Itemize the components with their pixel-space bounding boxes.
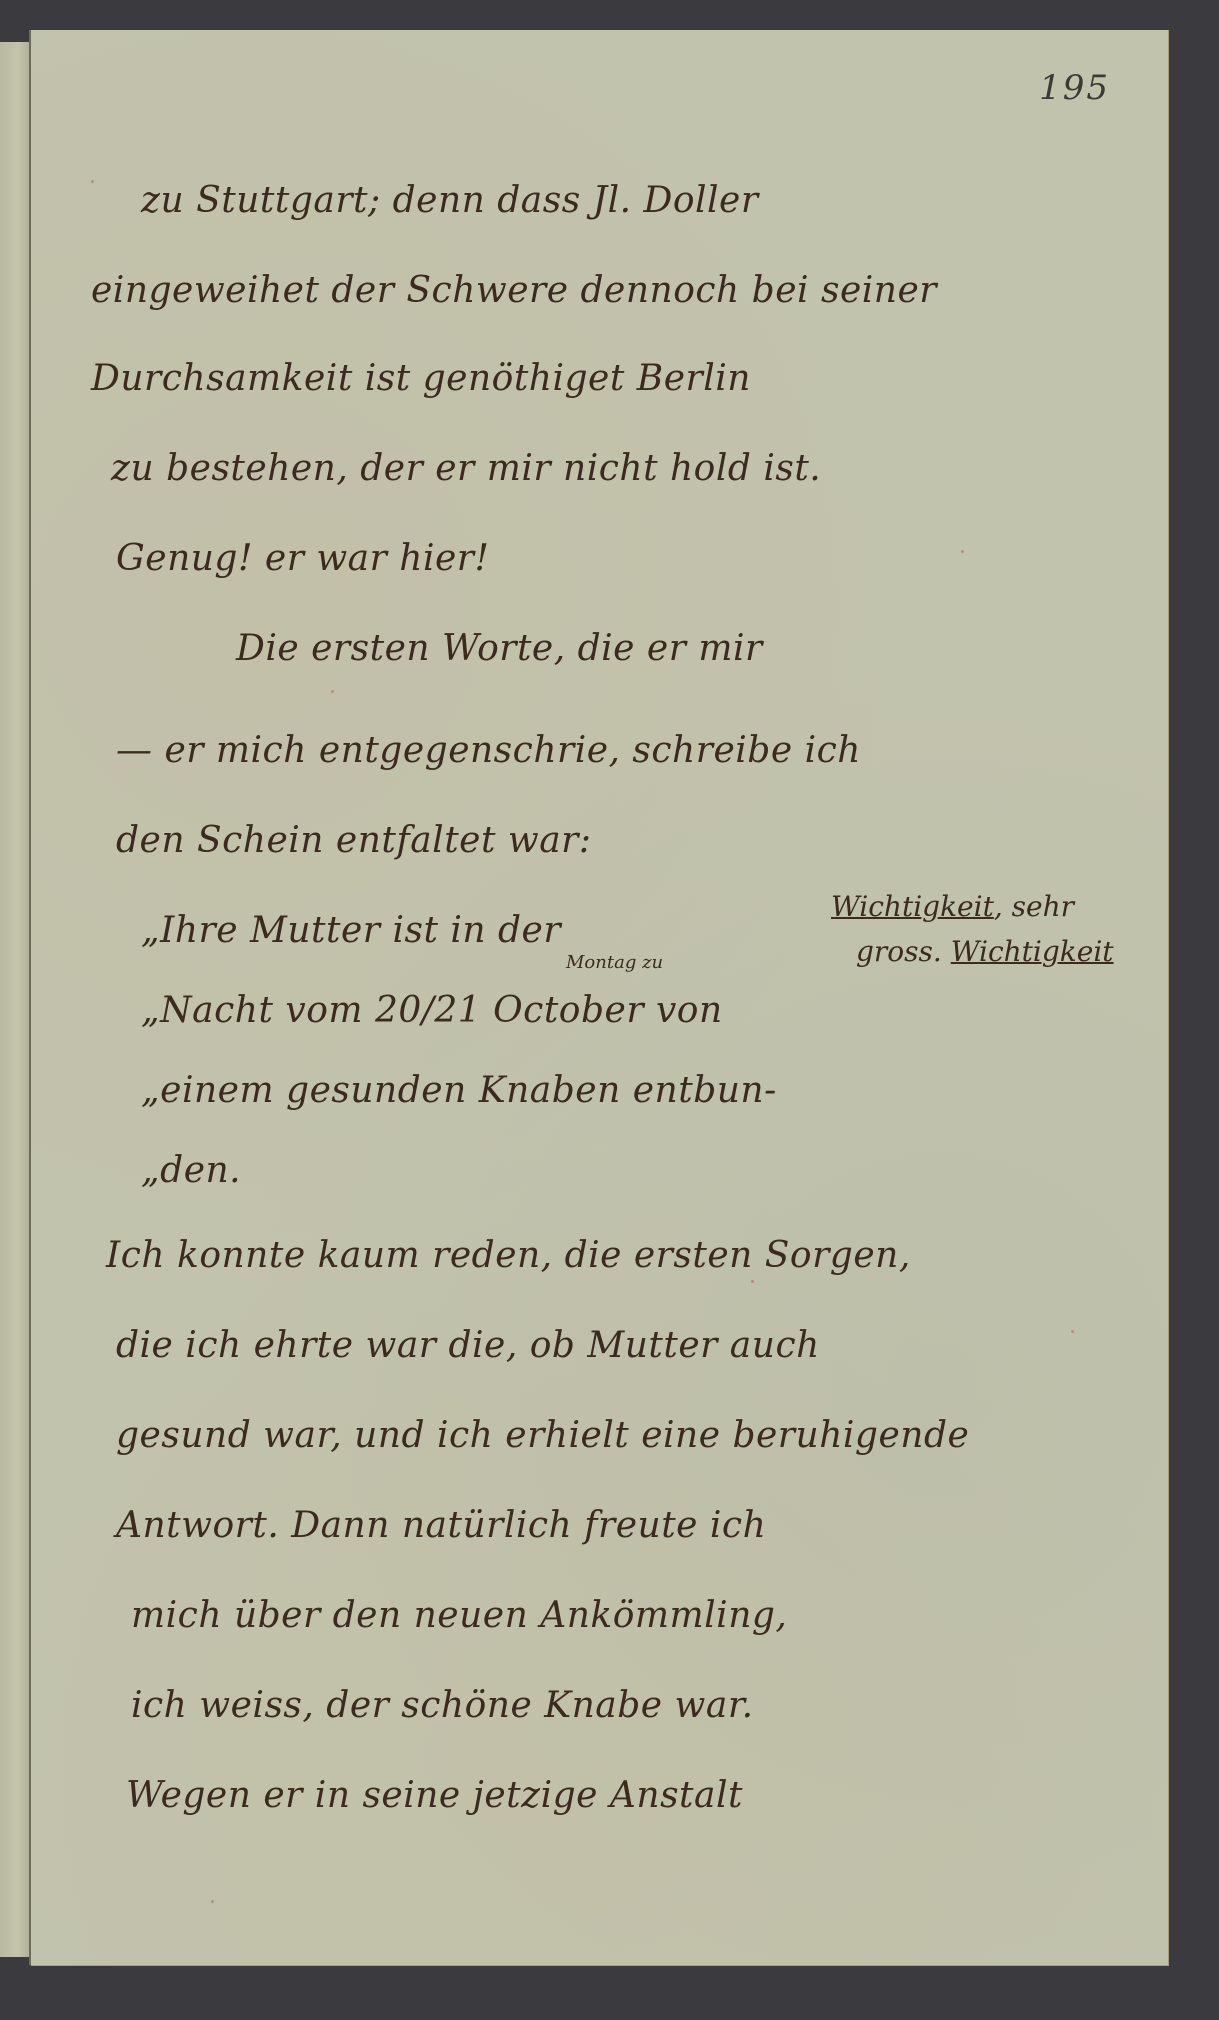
paper-speck: [331, 690, 334, 693]
margin-note-word-1: Wichtigkeit: [831, 890, 994, 923]
quote-line-4: „den.: [141, 1150, 241, 1191]
text-line-4: zu bestehen, der er mir nicht hold ist.: [111, 448, 821, 489]
paper-speck: [91, 180, 94, 183]
margin-note-line-1: Wichtigkeit, sehr: [831, 890, 1074, 923]
interlinear-insertion: Montag zu: [566, 952, 663, 973]
text-line-5: Genug! er war hier!: [116, 538, 489, 579]
quote-line-1: „Ihre Mutter ist in der: [141, 910, 561, 951]
text-line-16: Antwort. Dann natürlich freute ich: [116, 1505, 766, 1546]
text-line-14: die ich ehrte war die, ob Mutter auch: [116, 1325, 820, 1366]
paper-speck: [961, 550, 964, 553]
margin-note-word-2: Wichtigkeit: [951, 935, 1114, 968]
text-line-18: ich weiss, der schöne Knabe war.: [131, 1685, 754, 1726]
text-line-15: gesund war, und ich erhielt eine beruhig…: [116, 1415, 969, 1456]
paper-speck: [751, 1280, 754, 1283]
manuscript-scan: 195 zu Stuttgart; denn dass Jl. Doller e…: [0, 0, 1219, 2020]
margin-note-tail: , sehr: [994, 890, 1074, 923]
text-line-2: eingeweihet der Schwere dennoch bei sein…: [91, 270, 937, 311]
quote-line-2: „Nacht vom 20/21 October von: [141, 990, 723, 1031]
manuscript-page: 195 zu Stuttgart; denn dass Jl. Doller e…: [31, 30, 1169, 1966]
text-line-3: Durchsamkeit ist genöthiget Berlin: [91, 358, 751, 399]
paper-speck: [211, 1900, 214, 1903]
text-line-7: — er mich entgegenschrie, schreibe ich: [116, 730, 861, 771]
text-line-8: den Schein entfaltet war:: [116, 820, 592, 861]
text-line-13: Ich konnte kaum reden, die ersten Sorgen…: [106, 1235, 911, 1276]
text-line-17: mich über den neuen Ankömmling,: [131, 1595, 787, 1636]
folio-number: 195: [1039, 68, 1110, 108]
facing-page-edge: [0, 42, 30, 1957]
margin-note-line-2: gross. Wichtigkeit: [856, 935, 1114, 968]
paper-speck: [1071, 1330, 1074, 1333]
text-line-1: zu Stuttgart; denn dass Jl. Doller: [141, 180, 759, 221]
text-line-19: Wegen er in seine jetzige Anstalt: [126, 1775, 743, 1816]
margin-note-prefix: gross.: [856, 935, 951, 968]
quote-line-3: „einem gesunden Knaben entbun-: [141, 1070, 777, 1111]
text-line-6: Die ersten Worte, die er mir: [236, 628, 763, 669]
